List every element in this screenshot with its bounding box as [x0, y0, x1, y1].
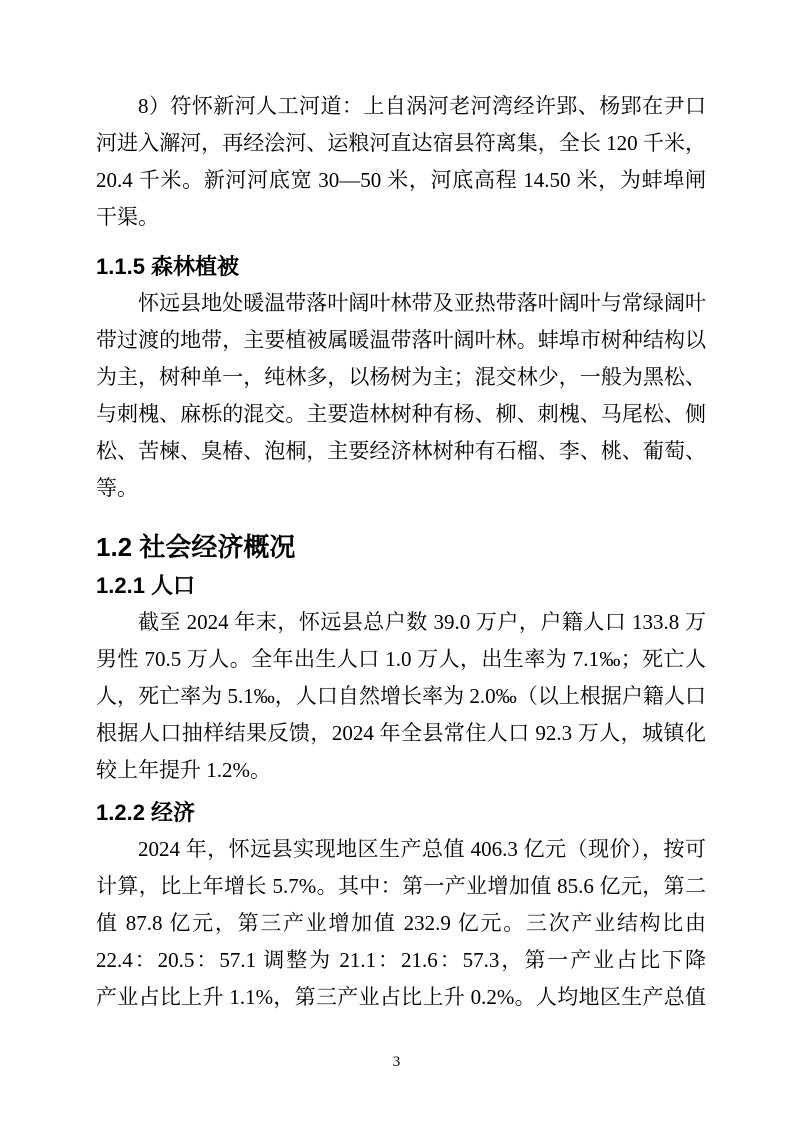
text-line: 值 87.8 亿元，第三产业增加值 232.9 亿元。三次产业结构比由 2023…	[96, 905, 706, 942]
text-line: 2024 年，怀远县实现地区生产总值 406.3 亿元（现价），按可比价格	[96, 831, 706, 868]
paragraph-economy: 2024 年，怀远县实现地区生产总值 406.3 亿元（现价），按可比价格 计算…	[96, 831, 706, 1016]
heading-1-2-1-population: 1.2.1 人口	[96, 567, 706, 604]
text-line: 带过渡的地带，主要植被属暖温带落叶阔叶林。蚌埠市树种结构以人工林	[96, 322, 706, 359]
text-line: 松、苦楝、臭椿、泡桐，主要经济林树种有石榴、李、桃、葡萄、枣、梨	[96, 433, 706, 470]
text-line: 产业占比上升 1.1%，第三产业占比上升 0.2%。人均地区生产总值 44020	[96, 979, 706, 1016]
text-line: 干渠。	[96, 199, 706, 236]
text-line: 截至 2024 年末，怀远县总户数 39.0 万户，户籍人口 133.8 万人，…	[96, 604, 706, 641]
page-content: 8）符怀新河人工河道：上自涡河老河湾经许郢、杨郢在尹口穿过北淝 河进入澥河，再经…	[96, 88, 706, 1016]
text-line: 计算，比上年增长 5.7%。其中：第一产业增加值 85.6 亿元，第二产业增加	[96, 868, 706, 905]
text-line: 较上年提升 1.2%。	[96, 752, 706, 789]
text-line: 根据人口抽样结果反馈，2024 年全县常住人口 92.3 万人，城镇化率达 43…	[96, 715, 706, 752]
text-line: 20.4 千米。新河河底宽 30—50 米，河底高程 14.50 米，为蚌埠闸灌…	[96, 162, 706, 199]
paragraph-population: 截至 2024 年末，怀远县总户数 39.0 万户，户籍人口 133.8 万人，…	[96, 604, 706, 789]
page-number: 3	[0, 1052, 793, 1072]
heading-1-2-socioeconomic-overview: 1.2 社会经济概况	[96, 527, 706, 567]
text-line: 为主，树种单一，纯林多，以杨树为主；混交林少，一般为黑松、马尾松	[96, 359, 706, 396]
text-line: 等。	[96, 470, 706, 507]
text-line: 与刺槐、麻栎的混交。主要造林树种有杨、柳、刺槐、马尾松、侧柏、黑	[96, 396, 706, 433]
paragraph-forest-vegetation: 怀远县地处暖温带落叶阔叶林带及亚热带落叶阔叶与常绿阔叶混交林 带过渡的地带，主要…	[96, 285, 706, 507]
heading-1-1-5-forest-vegetation: 1.1.5 森林植被	[96, 248, 706, 285]
heading-1-2-2-economy: 1.2.2 经济	[96, 794, 706, 831]
text-line: 怀远县地处暖温带落叶阔叶林带及亚热带落叶阔叶与常绿阔叶混交林	[96, 285, 706, 322]
text-line: 河进入澥河，再经浍河、运粮河直达宿县符离集，全长 120 千米，县境长	[96, 125, 706, 162]
document-page: 8）符怀新河人工河道：上自涡河老河湾经许郢、杨郢在尹口穿过北淝 河进入澥河，再经…	[0, 0, 793, 1122]
paragraph-river-channel: 8）符怀新河人工河道：上自涡河老河湾经许郢、杨郢在尹口穿过北淝 河进入澥河，再经…	[96, 88, 706, 236]
text-line: 男性 70.5 万人。全年出生人口 1.0 万人，出生率为 7.1‰；死亡人口 …	[96, 641, 706, 678]
text-line: 人，死亡率为 5.1‰，人口自然增长率为 2.0‰（以上根据户籍人口计算）。	[96, 678, 706, 715]
text-line: 22.4：20.5：57.1 调整为 21.1：21.6：57.3，第一产业占比…	[96, 942, 706, 979]
text-line: 8）符怀新河人工河道：上自涡河老河湾经许郢、杨郢在尹口穿过北淝	[96, 88, 706, 125]
